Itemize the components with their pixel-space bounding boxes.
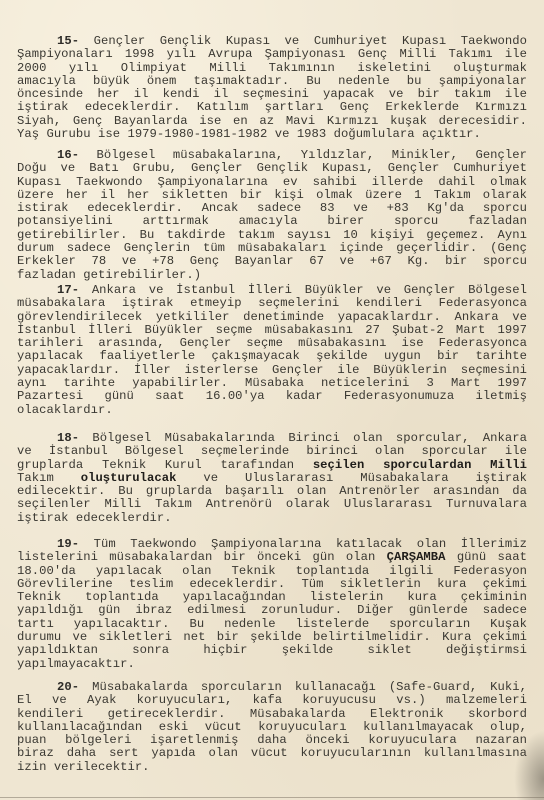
text-line: 20- Müsabakalarda sporcuların kullanacağ…: [17, 681, 527, 694]
text-line: ve İstanbul Bölgesel seçmelerinde birinc…: [17, 445, 527, 458]
paragraph-17: 17- Ankara ve İstanbul İlleri Büyükler v…: [17, 284, 527, 417]
text-line: öncesinde her il kendi il seçmesini yapa…: [17, 88, 527, 101]
paragraph-number: 17-: [57, 283, 79, 297]
paragraph-15: 15- Gençler Gençlik Kupası ve Cumhuriyet…: [17, 35, 527, 141]
text-line: Yaş Gurubu ise 1979-1980-1981-1982 ve 19…: [17, 128, 527, 141]
text-line: görevlendirilecek yetkililer denetiminde…: [17, 311, 527, 324]
text-line: iştirak edeceklerdir.: [17, 512, 527, 525]
text-line: Doğu ve Batı Grubu, Gençler Gençlik Kupa…: [17, 162, 527, 175]
text-line: yapılacak faaliyetlerle çakışmayacak şek…: [17, 350, 527, 363]
text-line: fazladan getirebilirler.): [17, 269, 527, 282]
paragraph-number: 19-: [57, 537, 79, 551]
text-line: 19- Tüm Taekwondo Şampiyonalarına katıla…: [17, 538, 527, 551]
text-line: Takım oluşturulacak ve Uluslararası Müsa…: [17, 472, 527, 485]
paragraph-19: 19- Tüm Taekwondo Şampiyonalarına katıla…: [17, 538, 527, 671]
text-line: Kupası Taekwondo Şampiyonalarına ev sahi…: [17, 176, 527, 189]
paragraph-20: 20- Müsabakalarda sporcuların kullanacağ…: [17, 681, 527, 774]
text-line: 18.00'da yapılacak olan Teknik toplantıd…: [17, 565, 527, 578]
text-line: listelerini müsabakalardan bir önceki gü…: [17, 551, 527, 564]
paragraph-number: 15-: [57, 34, 79, 48]
text-line: üzere her il her sikletten bir kişi olma…: [17, 189, 527, 202]
text-line: kullanılacağından eski vücut koruyucular…: [17, 721, 527, 734]
paragraph-number: 16-: [57, 148, 79, 162]
paragraph-number: 18-: [57, 431, 79, 445]
text-line: tarihleri arasında, Gençler seçme müsaba…: [17, 337, 527, 350]
text-line: kendileri getireceklerdir. Müsabakalarda…: [17, 708, 527, 721]
text-line: 16- Bölgesel müsabakalarına, Yıldızlar, …: [17, 149, 527, 162]
text-line: amacıyla büyük önem taşımaktadır. Bu ned…: [17, 75, 527, 88]
text-line: müsabakalara iştirak etmeyip seçmelerini…: [17, 297, 527, 310]
text-line: Görevlilerine teslim edeceklerdir. Tüm s…: [17, 578, 527, 591]
text-line: yapılmayacaktır.: [17, 658, 527, 671]
text-line: iştirak edeceklerdir. Katılım şartları G…: [17, 101, 527, 114]
text-line: Siyah, Genç Bayanlarda ise en az Mavi Kı…: [17, 115, 527, 128]
paragraph-number: 20-: [57, 680, 79, 694]
text-line: 2000 yılı Olimpiyat Milli Takımının iske…: [17, 62, 527, 75]
text-line: olacaklardır.: [17, 404, 527, 417]
text-line: 17- Ankara ve İstanbul İlleri Büyükler v…: [17, 284, 527, 297]
text-line: yapıldıktan sonra hiçbir şekilde siklet …: [17, 644, 527, 657]
text-line: durumu ve sikletleri net bir şekilde bel…: [17, 631, 527, 644]
text-line: El ve Ayak koruyucuları, kafa koruyucusu…: [17, 694, 527, 707]
paper-smudge: [514, 730, 544, 800]
text-line: yapacaklardır. İller isterlerse Gençler …: [17, 364, 527, 377]
text-line: gruplarda Teknik Kurul tarafından seçile…: [17, 459, 527, 472]
text-line: aynı tarihte yapabilirler. Müsabaka neti…: [17, 377, 527, 390]
text-line: 15- Gençler Gençlik Kupası ve Cumhuriyet…: [17, 35, 527, 48]
text-line: seçilenler Milli Takım Antrenörü olarak …: [17, 498, 527, 511]
text-line: Şampiyonaları 1998 yılı Avrupa Şampiyona…: [17, 48, 527, 61]
text-line: edilecektir. Bu gruplarda başarılı olan …: [17, 485, 527, 498]
text-line: puan bölgeleri işaretlenmiş daha önceki …: [17, 734, 527, 747]
page-edge: [0, 797, 544, 798]
text-line: Teknik toplantıda yapılacağından listele…: [17, 591, 527, 604]
text-line: getirebilirler. Bu takdirde takım sayısı…: [17, 229, 527, 242]
text-line: tartı yapılacaktır. Bu nedenle listelerd…: [17, 618, 527, 631]
text-line: potansiyelini arttırmak amacıyla birer s…: [17, 215, 527, 228]
text-line: İstanbul İlleri Büyükler seçme müsabakas…: [17, 324, 527, 337]
text-line: Erkekler 78 ve +78 Genç Bayanlar 67 ve +…: [17, 255, 527, 268]
text-line: yapıldığı gün ibraz edilmesi zorunludur.…: [17, 604, 527, 617]
text-line: biraz daha sert yapıda olan vücut koruyu…: [17, 747, 527, 760]
text-line: durum sadece Gençlerin tüm müsabakaları …: [17, 242, 527, 255]
text-line: Pazartesi günü saat 16.00'ya kadar Feder…: [17, 390, 527, 403]
text-line: istirak edeceklerdir. Ancak sadece 83 ve…: [17, 202, 527, 215]
text-line: izin verilecektir.: [17, 761, 527, 774]
paragraph-18: 18- Bölgesel Müsabakalarında Birinci ola…: [17, 432, 527, 525]
paragraph-16: 16- Bölgesel müsabakalarına, Yıldızlar, …: [17, 149, 527, 282]
